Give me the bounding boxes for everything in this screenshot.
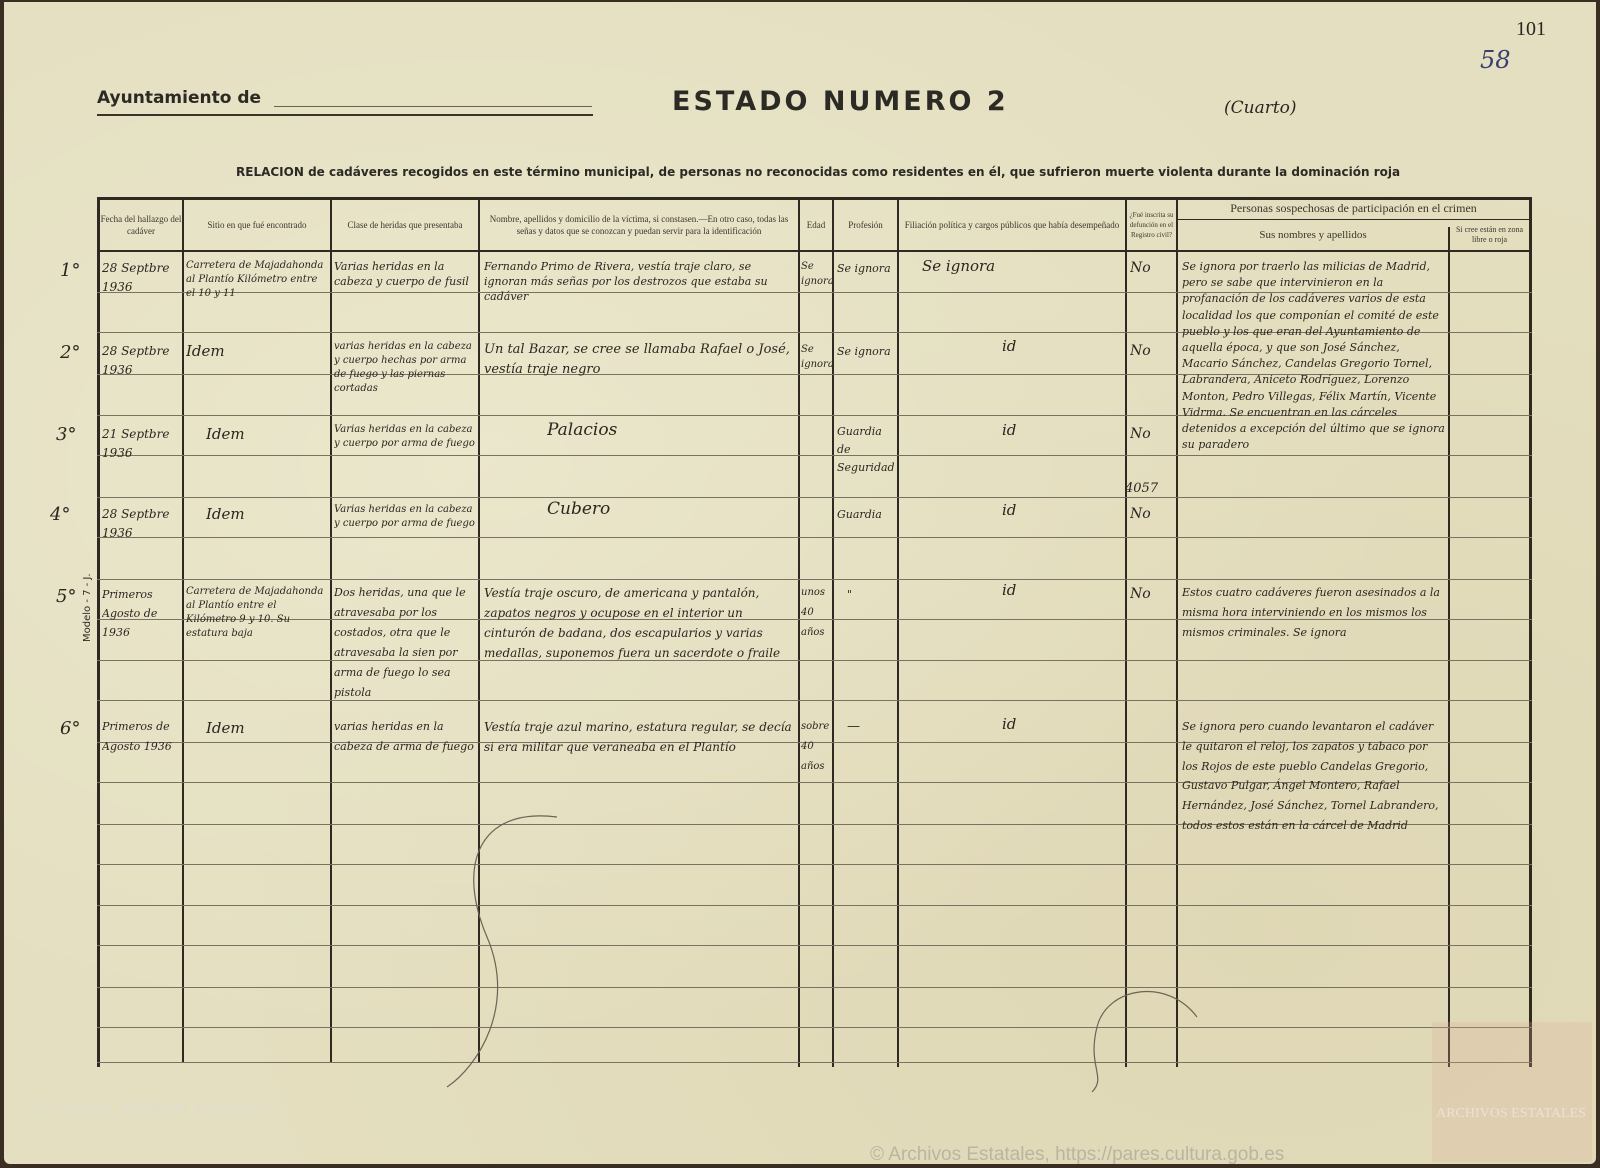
row1-nombre: Fernando Primo de Rivera, vestía traje c… [484,259,796,304]
header-filiacion: Filiación política y cargos públicos que… [899,201,1125,249]
row3-heridas: Varias heridas en la cabeza y cuerpo por… [334,423,476,451]
row1-heridas: Varias heridas en la cabeza y cuerpo de … [334,259,476,289]
row2-nombre: Un tal Bazar, se cree se llamaba Rafael … [484,340,796,380]
row6-filiacion: id [1002,715,1102,734]
row6-sitio: Idem [206,719,328,738]
row1-fecha: 28 Septbre 1936 [102,259,182,297]
row1-sitio: Carretera de Majadahonda al Plantío Kiló… [186,259,328,301]
subtitle: RELACION de cadáveres recogidos en este … [236,165,1400,179]
row5-sospechosos: Estos cuatro cadáveres fueron asesinados… [1182,583,1446,643]
ruled-line [97,537,1532,538]
row5-edad: unos 40 años [801,583,832,643]
page-number-handwritten: 58 [1480,46,1511,74]
ruled-line [97,1027,1532,1028]
row-number: 3° [56,424,76,445]
row1-registro: No [1130,259,1176,278]
archive-logo-icon [1432,1022,1592,1162]
row5-profesion: " [847,585,887,604]
header-bottom-rule [97,250,1532,252]
page-title: ESTADO NUMERO 2 [672,86,1009,117]
reference-watermark: FC-CAUSA_GENERAL,1510,Exp.1 [34,1100,271,1117]
row6-nombre: Vestía traje azul marino, estatura regul… [484,717,796,757]
row2-edad: Se ignora [801,342,832,372]
header-fecha: Fecha del hallazgo del cadáver [100,201,182,249]
archive-logo-text: ARCHIVOS ESTATALES [1436,1106,1586,1122]
row2-sitio: Idem [186,342,328,361]
row4-filiacion: id [1002,501,1102,520]
ruled-line [97,660,1532,661]
row3-registro: No [1130,425,1176,444]
header-edad: Edad [800,201,832,249]
row5-sitio: Carretera de Majadahonda al Plantío entr… [186,585,328,641]
ruled-line [97,700,1532,701]
row5-nombre: Vestía traje oscuro, de americana y pant… [484,583,796,663]
row6-profesion: — [847,717,887,736]
group-header-rule [1178,219,1529,220]
row1-filiacion: Se ignora [922,257,1122,276]
page-number-printed: 101 [1516,18,1546,41]
copyright-watermark: © Archivos Estatales, https://pares.cult… [870,1144,1284,1166]
row1-sospechosos: Se ignora por traerlo las milicias de Ma… [1182,259,1446,453]
row2-profesion: Se ignora [837,342,897,361]
row-number: 1° [60,260,80,281]
header-registro: ¿Fué inscrita su defunción en el Registr… [1127,201,1176,249]
column-divider [1176,197,1178,1067]
row2-filiacion: id [1002,337,1102,356]
pen-stroke-decoration [437,807,577,1107]
row3-nombre: Palacios [547,421,747,440]
row6-fecha: Primeros de Agosto 1936 [102,717,182,757]
row-number: 6° [60,718,80,739]
header-zona: Si cree están en zona libre o roja [1450,221,1529,249]
ruled-line [97,1062,1532,1063]
row2-fecha: 28 Septbre 1936 [102,342,182,380]
row3-sitio: Idem [206,425,328,444]
row2-registro: No [1130,342,1176,361]
row5-registro: No [1130,585,1176,604]
row4-profesion: Guardia [837,505,897,524]
row6-heridas: varias heridas en la cabeza de arma de f… [334,717,476,757]
row5-filiacion: id [1002,581,1102,600]
form-model-label: Modelo - 7 - J. [82,573,93,642]
row3-profesion: Guardia de Seguridad [837,423,897,477]
row4-registro-note: 4057 [1125,479,1175,498]
row4-nombre: Cubero [547,500,747,519]
ruled-line [97,497,1532,498]
header-nombre: Nombre, apellidos y domicilio de la víct… [480,201,798,249]
pen-stroke-decoration [1077,967,1217,1097]
row-number: 5° [56,586,76,607]
municipality-underline [97,114,593,116]
header-sitio: Sitio en que fué encontrado [184,201,330,249]
header-nombres: Sus nombres y apellidos [1178,221,1448,249]
row4-sitio: Idem [206,505,328,524]
row2-heridas: varias heridas en la cabeza y cuerpo hec… [334,340,476,396]
column-divider [1529,197,1532,1067]
column-divider [1448,227,1450,1067]
row6-edad: sobre 40 años [801,717,832,777]
records-table: Fecha del hallazgo del cadáver Sitio en … [97,197,1532,1067]
document-page: 101 58 Ayuntamiento de ESTADO NUMERO 2 (… [4,2,1596,1164]
header-group-sospechosos: Personas sospechosas de participación en… [1178,199,1529,217]
ruled-line [97,864,1532,865]
column-divider [330,197,332,1062]
row4-fecha: 28 Septbre 1936 [102,505,182,543]
handwritten-note: (Cuarto) [1224,98,1297,118]
row6-sospechosos: Se ignora pero cuando levantaron el cadá… [1182,717,1446,836]
row4-registro: No [1130,505,1176,524]
column-divider [182,197,184,1062]
ruled-line [97,945,1532,946]
row-number: 2° [60,342,80,363]
ruled-line [97,579,1532,580]
row3-fecha: 21 Septbre 1936 [102,425,182,463]
ruled-line [97,905,1532,906]
row1-edad: Se ignora [801,259,832,289]
header-heridas: Clase de heridas que presentaba [332,201,478,249]
header-profesion: Profesión [834,201,897,249]
row1-profesion: Se ignora [837,259,897,278]
column-divider [798,197,800,1067]
municipality-label: Ayuntamiento de [97,88,261,108]
row5-heridas: Dos heridas, una que le atravesaba por l… [334,583,476,703]
municipality-field [274,106,592,107]
column-divider [832,197,834,1067]
column-divider [1125,197,1127,1067]
ruled-line [97,987,1532,988]
row3-filiacion: id [1002,421,1102,440]
column-divider [97,197,100,1067]
row4-heridas: Varias heridas en la cabeza y cuerpo por… [334,503,476,531]
row-number: 4° [50,504,70,525]
column-divider [897,197,899,1067]
ruled-line [97,455,1532,456]
row5-fecha: Primeros Agosto de 1936 [102,585,182,642]
